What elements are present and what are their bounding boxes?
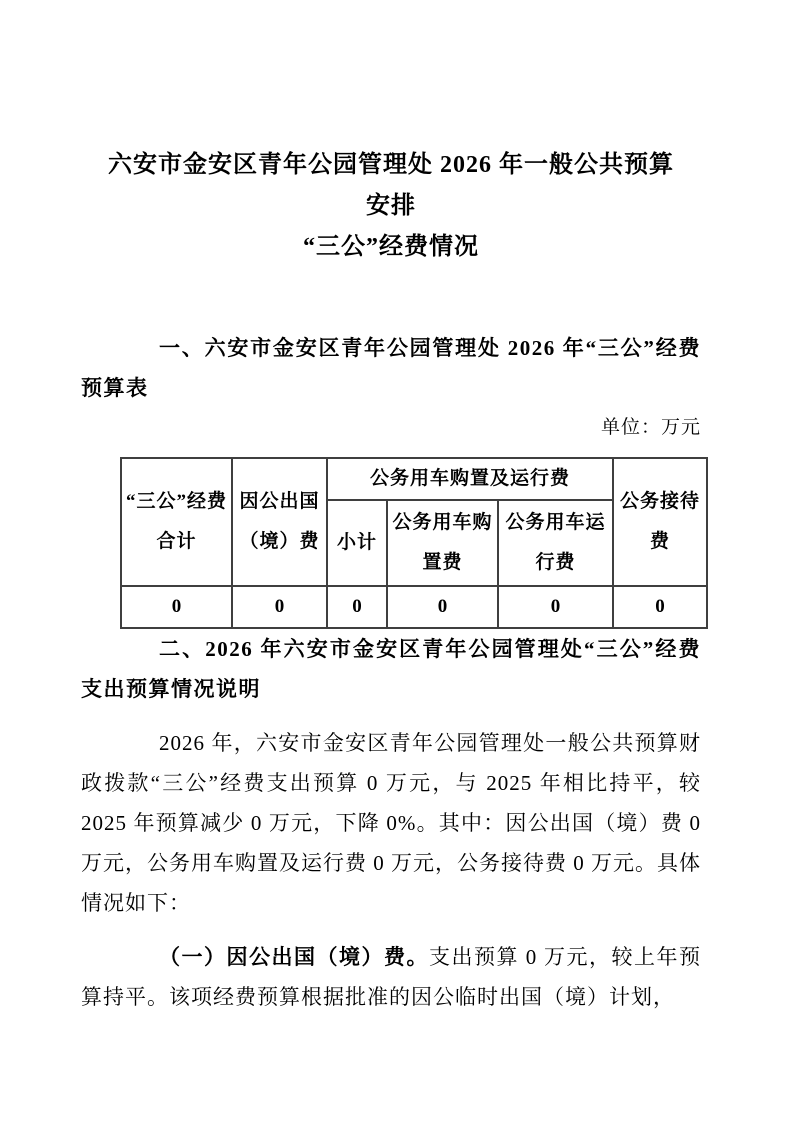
section1-heading: 一、六安市金安区青年公园管理处 2026 年“三公”经费预算表 (81, 328, 701, 408)
table-header-operation: 公务用车运行费 (498, 500, 613, 586)
table-cell-subtotal: 0 (327, 586, 387, 628)
table-cell-operation: 0 (498, 586, 613, 628)
table-header-purchase: 公务用车购置费 (387, 500, 498, 586)
item1-paragraph: （一）因公出国（境）费。支出预算 0 万元，较上年预算持平。该项经费预算根据批准… (81, 937, 701, 1017)
table-header-reception: 公务接待费 (613, 458, 707, 586)
table-cell-reception: 0 (613, 586, 707, 628)
document-title-line1: 六安市金安区青年公园管理处 2026 年一般公共预算 (81, 145, 701, 186)
item1-lead: （一）因公出国（境）费。 (159, 945, 429, 969)
table-header-subtotal: 小计 (327, 500, 387, 586)
document-subtitle: “三公”经费情况 (81, 227, 701, 268)
document-title: 六安市金安区青年公园管理处 2026 年一般公共预算 安排 “三公”经费情况 (81, 145, 701, 268)
document-page: 六安市金安区青年公园管理处 2026 年一般公共预算 安排 “三公”经费情况 一… (0, 0, 793, 1122)
table-header-total: “三公”经费合计 (121, 458, 232, 586)
unit-note: 单位：万元 (81, 408, 701, 448)
three-public-budget-table: “三公”经费合计 因公出国（境）费 公务用车购置及运行费 公务接待费 小计 公务… (120, 457, 708, 629)
table-cell-total: 0 (121, 586, 232, 628)
budget-summary-paragraph: 2026 年，六安市金安区青年公园管理处一般公共预算财政拨款“三公”经费支出预算… (81, 723, 701, 923)
table-header-abroad: 因公出国（境）费 (232, 458, 327, 586)
table-cell-purchase: 0 (387, 586, 498, 628)
table-header-vehicle-group: 公务用车购置及运行费 (327, 458, 613, 500)
document-title-line2: 安排 (81, 186, 701, 227)
table-cell-abroad: 0 (232, 586, 327, 628)
table-header-row-1: “三公”经费合计 因公出国（境）费 公务用车购置及运行费 公务接待费 (121, 458, 707, 500)
table-data-row: 0 0 0 0 0 0 (121, 586, 707, 628)
section2-heading: 二、2026 年六安市金安区青年公园管理处“三公”经费支出预算情况说明 (81, 629, 701, 709)
